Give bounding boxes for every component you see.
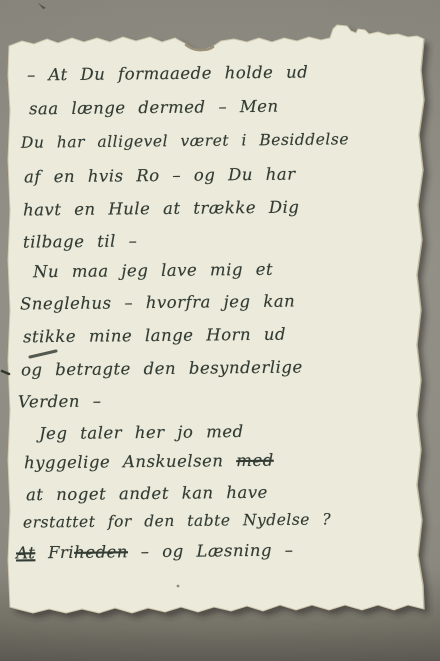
handwriting-text: Jeg taler her jo med: [39, 422, 244, 443]
handwriting-text: hyggelige Anskuelsen: [24, 451, 236, 472]
handwriting-text: saa længe dermed – Men: [29, 97, 279, 119]
handwriting-line: Jeg taler her jo med: [39, 422, 244, 443]
struck-word: heden: [74, 542, 128, 562]
handwriting-line: Du har alligevel været i Besiddelse: [21, 130, 349, 151]
handwriting-line: Nu maa jeg lave mig et: [33, 260, 273, 282]
handwriting-text: Sneglehus – hvorfra jeg kan: [20, 292, 295, 314]
handwriting-text: erstattet for den tabte Nydelse ?: [23, 510, 331, 531]
handwriting-text: – At Du formaaede holde ud: [27, 63, 308, 85]
handwriting-line: stikke mine lange Horn ud: [23, 325, 286, 347]
handwriting-layer: – At Du formaaede holde udsaa længe derm…: [0, 0, 440, 661]
struck-word: At: [16, 543, 35, 562]
handwriting-line: At Friheden – og Læsning –: [16, 541, 294, 563]
handwriting-text: og betragte den besynderlige: [21, 358, 303, 380]
handwriting-text: havt en Hule at trække Dig: [23, 198, 300, 220]
handwriting-line: erstattet for den tabte Nydelse ?: [23, 510, 331, 531]
handwriting-text: Verden –: [18, 392, 102, 412]
handwriting-line: havt en Hule at trække Dig: [23, 198, 300, 220]
handwriting-line: hyggelige Anskuelsen med: [24, 451, 274, 473]
handwriting-text: Fri: [35, 543, 74, 562]
handwriting-line: tilbage til –: [23, 231, 138, 251]
handwriting-line: af en hvis Ro – og Du har: [24, 165, 296, 187]
handwriting-line: Verden –: [18, 392, 102, 412]
handwriting-line: – At Du formaaede holde ud: [27, 63, 308, 85]
handwriting-text: Du har alligevel været i Besiddelse: [21, 130, 349, 151]
handwriting-line: at noget andet kan have: [26, 483, 268, 505]
handwriting-line: Sneglehus – hvorfra jeg kan: [20, 292, 295, 314]
handwriting-line: og betragte den besynderlige: [21, 358, 303, 380]
struck-word: med: [236, 451, 274, 470]
photo-background: – At Du formaaede holde udsaa længe derm…: [0, 0, 440, 661]
handwriting-text: tilbage til –: [23, 231, 138, 251]
handwriting-text: – og Læsning –: [128, 541, 294, 562]
handwriting-text: stikke mine lange Horn ud: [23, 325, 286, 347]
handwriting-text: Nu maa jeg lave mig et: [33, 260, 273, 282]
handwriting-line: saa længe dermed – Men: [29, 97, 279, 119]
handwriting-text: af en hvis Ro – og Du har: [24, 165, 296, 187]
handwriting-text: at noget andet kan have: [26, 483, 268, 505]
